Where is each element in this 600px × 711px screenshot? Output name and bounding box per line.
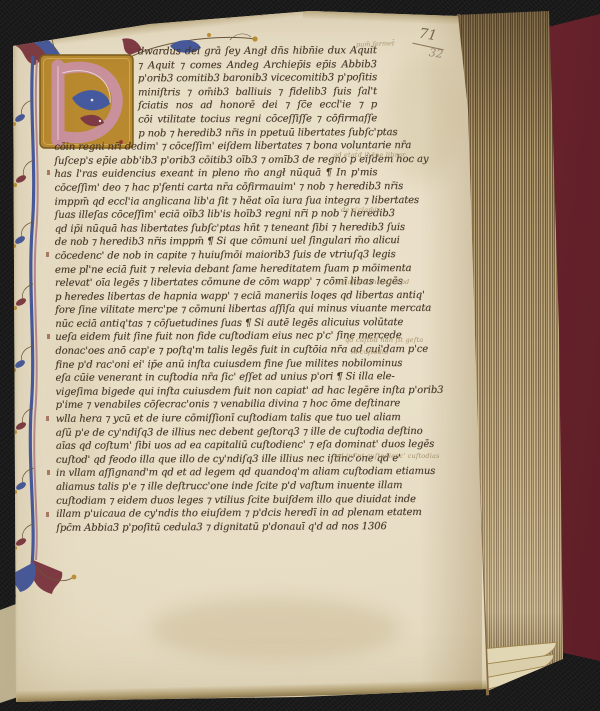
parchment-stain (150, 598, 400, 660)
folio-number-ink: 71 (418, 26, 438, 45)
margin-note: de p'clam̄is (341, 206, 380, 214)
folio-number-pencil: 32 (428, 46, 444, 61)
manuscript-text-line: relevat' oīa legēs ⁊ libertates cōmune d… (55, 275, 378, 290)
manuscript-text-block: dwardus dei grā ſey Angł dn̄s hibn̄ie du… (54, 44, 380, 535)
manuscript-text-line: cōceſſim' deo ⁊ hac p'ſenti carta nr̄a c… (54, 180, 377, 195)
border-leaves (14, 113, 28, 548)
margin-note: qd inf'nt cuſtodienc' cuſtodias (335, 452, 440, 460)
page-edge (8, 676, 492, 703)
manuscript-text-line: ſpc̄m Abbia3 p'poſitū cedula3 ⁊ dignitat… (56, 520, 379, 535)
margin-note: qd etat̄d ihēne libror (333, 151, 405, 159)
gold-bezants (12, 122, 17, 550)
manuscript-text-line: miniſtris ⁊ om̄ib3 balliuis ⁊ fidelib3 ſ… (138, 85, 377, 100)
header-inscription: magna ch'ta (214, 10, 264, 21)
margin-note: qd cuſtod nan fit geſta (345, 336, 423, 344)
manuscript-text-line: illam p'uicaua de cy'ndis tho eiuſdem ⁊ … (56, 506, 379, 521)
manuscript-text-line: ſciatis nos ad honorē dei ⁊ ſc̄e eccl'ie… (138, 99, 377, 114)
manuscript-text-line: ſuas illeſas cōceſſim' eciā oīb3 lib'is … (55, 207, 378, 222)
margin-note: de aſpīia tho e t'h'pd (337, 278, 409, 286)
manuscript-text-line: cōi vtilitate tocius regni cōceſſiſſe ⁊ … (138, 112, 377, 127)
manuscript-text-line: donac'oes anō cap'e ⁊ poſtq'm talis legē… (55, 343, 378, 358)
nota-marks (46, 170, 50, 517)
border-sprigs (21, 100, 34, 540)
manuscript-photo: magna ch'ta 71 32 pum̄ ſermet̄ dwardus d… (0, 0, 600, 711)
margin-note: in cuſtodia (351, 348, 388, 356)
manuscript-text-line: cōin regni nr̄i dedim' ⁊ cōceſſim' eiſde… (54, 139, 377, 154)
manuscript-text-line: dwardus dei grā ſey Angł dn̄s hibn̄ie du… (138, 44, 377, 59)
page-edge (13, 42, 18, 702)
manuscript-text-line: aliamus talis p'e ⁊ ille deſtrucc'one in… (56, 479, 379, 494)
manuscript-text-line: wlla hera ⁊ ycū et de iure cōmiſſionī cu… (56, 411, 379, 426)
manuscript-text-line: cōcedenc' de nob in capite ⁊ huiuſmōi ma… (55, 248, 378, 263)
manuscript-text-line: p'orib3 comitib3 baronib3 vicecomitib3 p… (138, 71, 377, 86)
manuscript-text-line: aīas qd coſtum' ſibi uos ad ea capitaliū… (56, 438, 379, 453)
manuscript-text-line: p nob ⁊ heredib3 nr̄is in ppetuū liberta… (138, 126, 377, 141)
manuscript-text-line: ⁊ Aquit ⁊ comes Andeg Archiep̄is ep̄is A… (138, 58, 377, 73)
page-edge (303, 9, 463, 26)
